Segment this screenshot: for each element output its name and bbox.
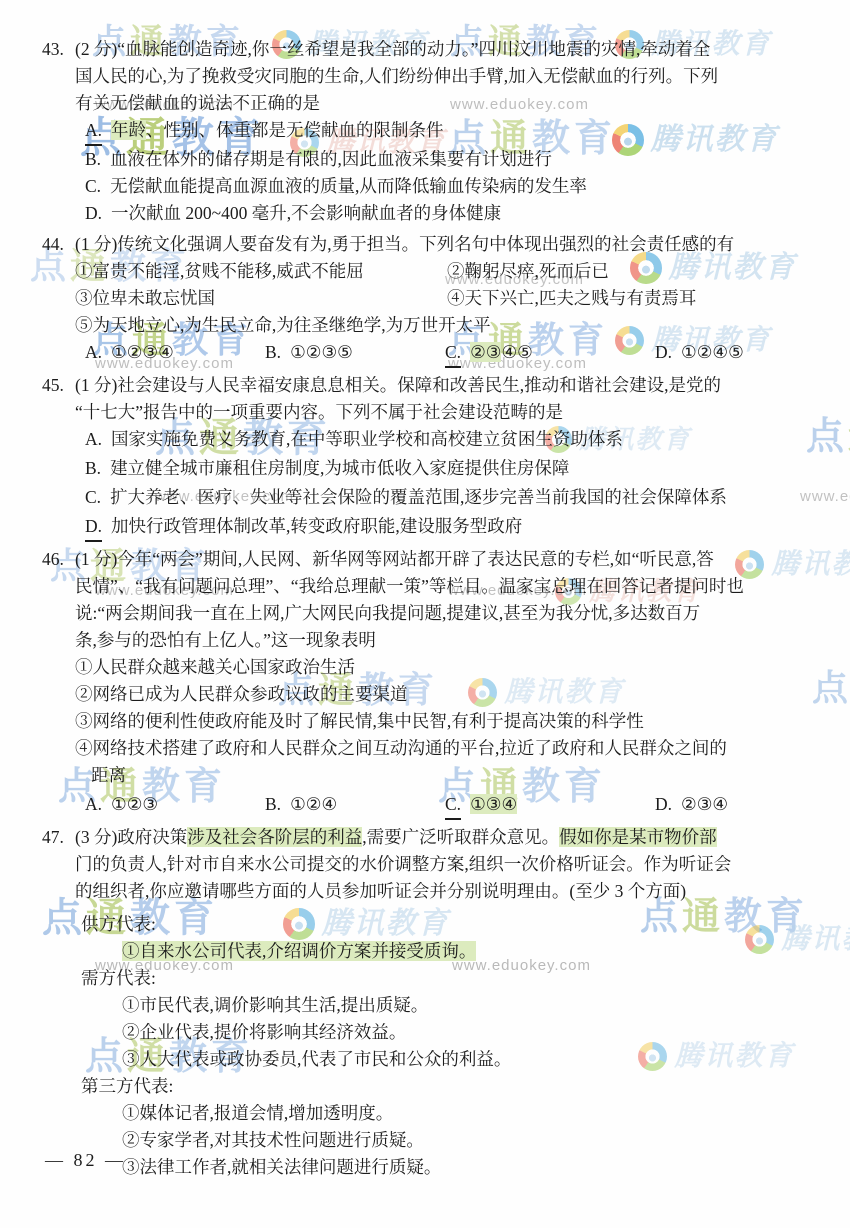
option-cell: C.①③④ <box>445 791 655 820</box>
text-segment: 说:“两会期间我一直在上网,广大网民向我提问题,提建议,甚至为我分忧,多达数百万 <box>75 603 700 623</box>
text-segment: ③人大代表或政协委员,代表了市民和公众的利益。 <box>122 1049 511 1069</box>
question-number: 45. <box>42 372 75 542</box>
question-number: 43. <box>42 36 75 227</box>
text-segment: ②专家学者,对其技术性问题进行质疑。 <box>122 1130 424 1150</box>
question-44: 44.(1 分)传统文化强调人要奋发有为,勇于担当。下列名句中体现出强烈的社会责… <box>42 231 822 368</box>
text-segment: ③法律工作者,就相关法律问题进行质疑。 <box>122 1157 441 1177</box>
option-cell: A.①②③ <box>85 791 265 820</box>
option-letter: B. <box>85 146 101 173</box>
text-segment: ①②④⑤ <box>681 342 744 362</box>
option-line: D.一次献血 200~400 毫升,不会影响献血者的身体健康 <box>75 200 822 227</box>
question-number: 44. <box>42 231 75 368</box>
text-line: ③位卑未敢忘忧国④天下兴亡,匹夫之贱与有责焉耳 <box>75 285 822 312</box>
text-segment: “十七大”报告中的一项重要内容。下列不属于社会建设范畴的是 <box>75 402 563 422</box>
text-line: ③网络的便利性使政府能及时了解民情,集中民智,有利于提高决策的科学性 <box>75 708 822 735</box>
question-43: 43.(2 分)“血脉能创造奇迹,你一丝希望是我全部的动力。”四川汶川地震的灾情… <box>42 36 822 227</box>
text-line: 条,参与的恐怕有上亿人。”这一现象表明 <box>75 627 822 654</box>
question-body: (1 分)今年“两会”期间,人民网、新华网等网站都开辟了表达民意的专栏,如“听民… <box>75 546 822 820</box>
option-line: C.无偿献血能提高血源血液的质量,从而降低输血传染病的发生率 <box>75 173 822 200</box>
option-cell: D.①②④⑤ <box>655 339 822 368</box>
text-segment: ①②④ <box>290 794 337 814</box>
page-number: — 82 — <box>45 1150 126 1171</box>
answer-letter-underlined: C. <box>445 339 461 368</box>
highlighted-text: 假如你是某市物价部 <box>559 827 717 847</box>
question-47: 47.(3 分)政府决策涉及社会各阶层的利益,需要广泛听取群众意见。假如你是某市… <box>42 824 822 1181</box>
text-segment: ③位卑未敢忘忧国 <box>75 288 215 308</box>
text-line: ①市民代表,调价影响其生活,提出质疑。 <box>75 992 822 1019</box>
text-line: (3 分)政府决策涉及社会各阶层的利益,需要广泛听取群众意见。假如你是某市物价部 <box>75 824 822 851</box>
text-line: 需方代表: <box>75 965 822 992</box>
option-letter: A. <box>85 791 102 818</box>
text-line: (1 分)社会建设与人民幸福安康息息相关。保障和改善民生,推动和谐社会建设,是党… <box>75 372 822 399</box>
text-segment: 的组织者,你应邀请哪些方面的人员参加听证会并分别说明理由。(至少 3 个方面) <box>75 881 686 901</box>
question-number: 47. <box>42 824 75 1181</box>
exam-page: 点通教育腾讯教育点通教育腾讯教育www.eduokey.comwww.eduok… <box>0 0 850 1228</box>
question-body: (1 分)传统文化强调人要奋发有为,勇于担当。下列名句中体现出强烈的社会责任感的… <box>75 231 822 368</box>
text-line: ②企业代表,提价将影响其经济效益。 <box>75 1019 822 1046</box>
option-letter: A. <box>85 339 102 366</box>
text-segment: (3 分)政府决策 <box>75 827 187 847</box>
option-line: C.扩大养老、医疗、失业等社会保险的覆盖范围,逐步完善当前我国的社会保障体系 <box>75 484 822 511</box>
text-segment: 供方代表: <box>81 914 156 934</box>
text-segment: ①②③ <box>111 794 158 814</box>
text-line: 第三方代表: <box>75 1073 822 1100</box>
option-line: B.血液在体外的储存期是有限的,因此血液采集要有计划进行 <box>75 146 822 173</box>
highlighted-text: ②③ <box>470 342 501 362</box>
highlighted-text: 年龄 <box>111 120 146 140</box>
text-segment: ①②③④ <box>111 342 174 362</box>
question-46: 46.(1 分)今年“两会”期间,人民网、新华网等网站都开辟了表达民意的专栏,如… <box>42 546 822 820</box>
highlighted-text: ①③④ <box>470 794 517 814</box>
text-line: ②网络已成为人民群众参政议政的主要渠道 <box>75 681 822 708</box>
option-line: A.年龄、性别、体重都是无偿献血的限制条件 <box>75 117 822 146</box>
text-line: “十七大”报告中的一项重要内容。下列不属于社会建设范畴的是 <box>75 399 822 426</box>
text-segment: ①媒体记者,报道会情,增加透明度。 <box>122 1103 393 1123</box>
text-line: (1 分)传统文化强调人要奋发有为,勇于担当。下列名句中体现出强烈的社会责任感的… <box>75 231 822 258</box>
text-segment: ④网络技术搭建了政府和人民群众之间互动沟通的平台,拉近了政府和人民群众之间的 <box>75 738 727 758</box>
column-cell: ④天下兴亡,匹夫之贱与有责焉耳 <box>447 285 822 312</box>
text-line: ⑤为天地立心,为生民立命,为往圣继绝学,为万世开太平 <box>75 312 822 339</box>
option-cell: C.②③④⑤ <box>445 339 655 368</box>
text-line: 国人民的心,为了挽救受灾同胞的生命,人们纷纷伸出手臂,加入无偿献血的行列。下列 <box>75 63 822 90</box>
text-segment: ①②③⑤ <box>290 342 353 362</box>
text-line: ①媒体记者,报道会情,增加透明度。 <box>75 1100 822 1127</box>
text-segment: 国家实施免费义务教育,在中等职业学校和高校建立贫困生资助体系 <box>111 429 623 449</box>
question-number: 46. <box>42 546 75 820</box>
column-cell: ③位卑未敢忘忧国 <box>75 285 447 312</box>
option-letter: B. <box>85 455 101 482</box>
text-segment: ②③④ <box>681 794 728 814</box>
text-line: 供方代表: <box>75 911 822 938</box>
text-segment: ②网络已成为人民群众参政议政的主要渠道 <box>75 684 408 704</box>
text-segment: 门的负责人,针对市自来水公司提交的水价调整方案,组织一次价格听证会。作为听证会 <box>75 854 731 874</box>
text-segment: ①市民代表,调价影响其生活,提出质疑。 <box>122 995 428 1015</box>
text-segment: 加快行政管理体制改革,转变政府职能,建设服务型政府 <box>111 516 522 536</box>
text-segment: (1 分)传统文化强调人要奋发有为,勇于担当。下列名句中体现出强烈的社会责任感的… <box>75 234 734 254</box>
text-segment: 民情”、“我有问题问总理”、“我给总理献一策”等栏目。温家宝总理在回答记者提问时… <box>75 576 744 596</box>
text-segment: ②企业代表,提价将影响其经济效益。 <box>122 1022 406 1042</box>
answer-letter-underlined: C. <box>445 791 461 820</box>
text-segment: 条,参与的恐怕有上亿人。”这一现象表明 <box>75 630 376 650</box>
question-body: (2 分)“血脉能创造奇迹,你一丝希望是我全部的动力。”四川汶川地震的灾情,牵动… <box>75 36 822 227</box>
option-letter: D. <box>85 200 102 227</box>
option-letter: D. <box>655 791 672 818</box>
option-letter: C. <box>85 484 101 511</box>
text-line: ③人大代表或政协委员,代表了市民和公众的利益。 <box>75 1046 822 1073</box>
column-cell: ①富贵不能淫,贫贱不能移,威武不能屈 <box>75 258 447 285</box>
question-body: (3 分)政府决策涉及社会各阶层的利益,需要广泛听取群众意见。假如你是某市物价部… <box>75 824 822 1181</box>
question-45: 45.(1 分)社会建设与人民幸福安康息息相关。保障和改善民生,推动和谐社会建设… <box>42 372 822 542</box>
text-segment: (2 分)“血脉能创造奇迹,你一丝希望是我全部的动力。”四川汶川地震的灾情,牵动… <box>75 39 710 59</box>
text-line: ③法律工作者,就相关法律问题进行质疑。 <box>75 1154 822 1181</box>
option-cell: A.①②③④ <box>85 339 265 368</box>
text-line: ②专家学者,对其技术性问题进行质疑。 <box>75 1127 822 1154</box>
text-segment: (1 分)社会建设与人民幸福安康息息相关。保障和改善民生,推动和谐社会建设,是党… <box>75 375 721 395</box>
option-cell: D.②③④ <box>655 791 822 820</box>
text-segment: 需方代表: <box>81 968 156 988</box>
column-cell: ②鞠躬尽瘁,死而后已 <box>447 258 822 285</box>
text-segment: ②鞠躬尽瘁,死而后已 <box>447 261 609 281</box>
text-line: 门的负责人,针对市自来水公司提交的水价调整方案,组织一次价格听证会。作为听证会 <box>75 851 822 878</box>
text-segment: 距离 <box>91 765 126 785</box>
answer-letter-underlined: D. <box>85 513 102 542</box>
text-segment: 国人民的心,为了挽救受灾同胞的生命,人们纷纷伸出手臂,加入无偿献血的行列。下列 <box>75 66 718 86</box>
text-line: 说:“两会期间我一直在上网,广大网民向我提问题,提建议,甚至为我分忧,多达数百万 <box>75 600 822 627</box>
option-letter: B. <box>265 339 281 366</box>
questions: 43.(2 分)“血脉能创造奇迹,你一丝希望是我全部的动力。”四川汶川地震的灾情… <box>0 0 850 1185</box>
option-cell: B.①②④ <box>265 791 445 820</box>
option-line: A.①②③④B.①②③⑤C.②③④⑤D.①②④⑤ <box>75 339 822 368</box>
text-segment: 建立健全城市廉租住房制度,为城市低收入家庭提供住房保障 <box>110 458 569 478</box>
option-line: A.国家实施免费义务教育,在中等职业学校和高校建立贫困生资助体系 <box>75 426 822 453</box>
option-cell: B.①②③⑤ <box>265 339 445 368</box>
text-segment: ⑤为天地立心,为生民立命,为往圣继绝学,为万世开太平 <box>75 315 491 335</box>
text-segment: (1 分)今年“两会”期间,人民网、新华网等网站都开辟了表达民意的专栏,如“听民… <box>75 549 714 569</box>
text-segment: 一次献血 200~400 毫升,不会影响献血者的身体健康 <box>111 203 501 223</box>
text-line: 有关无偿献血的说法不正确的是 <box>75 90 822 117</box>
option-line: A.①②③B.①②④C.①③④D.②③④ <box>75 791 822 820</box>
text-line: (1 分)今年“两会”期间,人民网、新华网等网站都开辟了表达民意的专栏,如“听民… <box>75 546 822 573</box>
text-segment: 扩大养老、医疗、失业等社会保险的覆盖范围,逐步完善当前我国的社会保障体系 <box>110 487 727 507</box>
text-segment: 、性别、体重都是无偿献血的限制条件 <box>146 120 444 140</box>
text-segment: 无偿献血能提高血源血液的质量,从而降低输血传染病的发生率 <box>110 176 587 196</box>
highlighted-text: ①自来水公司代表,介绍调价方案并接受质询。 <box>122 941 476 961</box>
text-segment: ③网络的便利性使政府能及时了解民情,集中民智,有利于提高决策的科学性 <box>75 711 644 731</box>
option-letter: A. <box>85 426 102 453</box>
text-line: ①富贵不能淫,贫贱不能移,威武不能屈②鞠躬尽瘁,死而后已 <box>75 258 822 285</box>
text-segment: ①富贵不能淫,贫贱不能移,威武不能屈 <box>75 261 364 281</box>
highlighted-text: 涉及社会各阶层的利益 <box>187 827 362 847</box>
text-segment: ,需要广泛听取群众意见。 <box>362 827 559 847</box>
text-line: 民情”、“我有问题问总理”、“我给总理献一策”等栏目。温家宝总理在回答记者提问时… <box>75 573 822 600</box>
text-segment: 有关无偿献血的说法不正确的是 <box>75 93 320 113</box>
text-segment: 血液在体外的储存期是有限的,因此血液采集要有计划进行 <box>110 149 552 169</box>
text-line: (2 分)“血脉能创造奇迹,你一丝希望是我全部的动力。”四川汶川地震的灾情,牵动… <box>75 36 822 63</box>
question-body: (1 分)社会建设与人民幸福安康息息相关。保障和改善民生,推动和谐社会建设,是党… <box>75 372 822 542</box>
text-segment: 第三方代表: <box>81 1076 173 1096</box>
text-segment: ④⑤ <box>501 342 532 362</box>
text-line: ④网络技术搭建了政府和人民群众之间互动沟通的平台,拉近了政府和人民群众之间的 <box>75 735 822 762</box>
option-letter: C. <box>85 173 101 200</box>
text-line: 的组织者,你应邀请哪些方面的人员参加听证会并分别说明理由。(至少 3 个方面) <box>75 878 822 905</box>
option-letter: D. <box>655 339 672 366</box>
option-line: B.建立健全城市廉租住房制度,为城市低收入家庭提供住房保障 <box>75 455 822 482</box>
option-line: D.加快行政管理体制改革,转变政府职能,建设服务型政府 <box>75 513 822 542</box>
text-segment: ①人民群众越来越关心国家政治生活 <box>75 657 355 677</box>
text-line: ①人民群众越来越关心国家政治生活 <box>75 654 822 681</box>
text-line: ①自来水公司代表,介绍调价方案并接受质询。 <box>75 938 822 965</box>
option-letter: B. <box>265 791 281 818</box>
answer-letter-underlined: A. <box>85 117 102 146</box>
text-segment: ④天下兴亡,匹夫之贱与有责焉耳 <box>447 288 696 308</box>
text-line: 距离 <box>75 762 822 789</box>
